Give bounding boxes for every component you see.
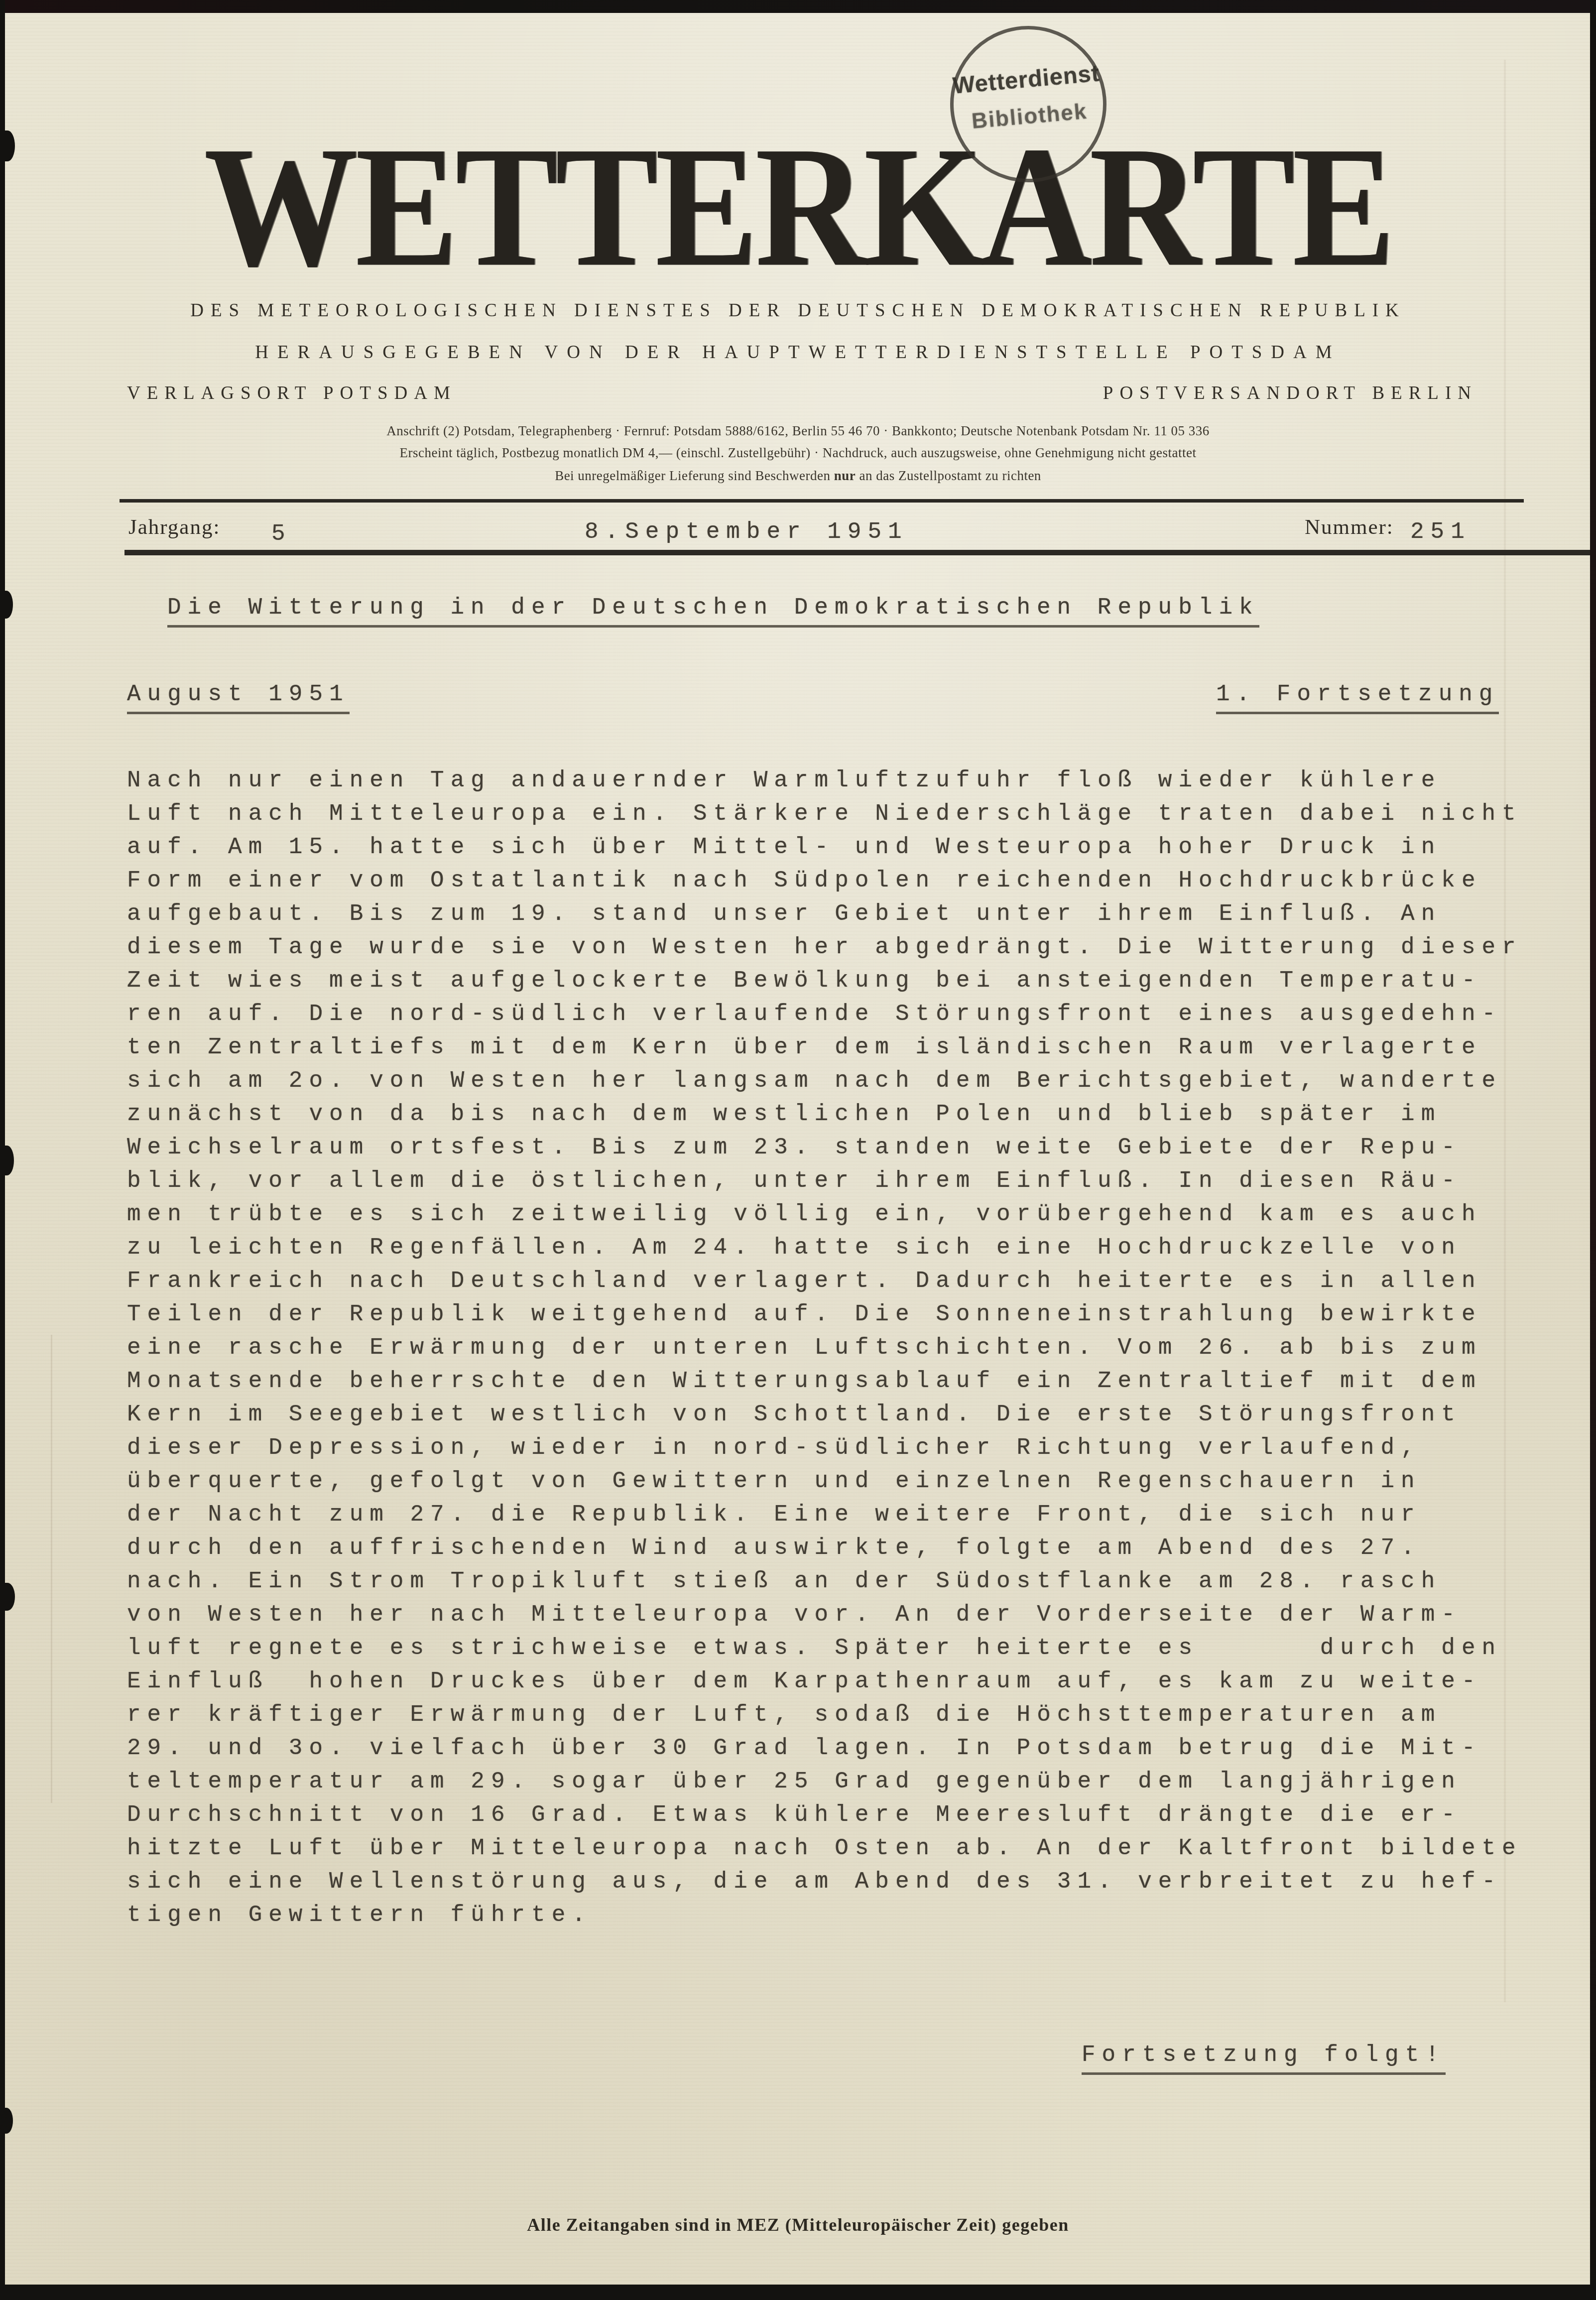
stamp-line-2: Bibliothek bbox=[954, 98, 1105, 135]
scan-edge-blob bbox=[0, 130, 15, 161]
article-month: August 1951 bbox=[127, 681, 350, 714]
article-continuation-label: 1. Fortsetzung bbox=[1216, 681, 1499, 714]
imprint-line-3-bold: nur bbox=[834, 468, 856, 483]
nummer-label: Nummer: bbox=[1305, 515, 1394, 539]
footer-note: Alle Zeitangaben sind in MEZ (Mitteleuro… bbox=[0, 2214, 1596, 2235]
article-subheading-left: August 1951 bbox=[127, 681, 350, 714]
article-subheading-right: 1. Fortsetzung bbox=[1216, 681, 1499, 714]
paper-crease bbox=[51, 1335, 52, 1803]
scan-edge-top bbox=[0, 0, 1596, 13]
publisher-right: POSTVERSANDORT BERLIN bbox=[1103, 383, 1477, 404]
horizontal-rule-top bbox=[120, 499, 1524, 503]
article-heading-text: Die Witterung in der Deutschen Demokrati… bbox=[167, 595, 1259, 628]
publisher-left: VERLAGSORT POTSDAM bbox=[127, 383, 457, 404]
nummer-value: 251 bbox=[1410, 519, 1471, 545]
jahrgang-value: 5 bbox=[271, 521, 292, 547]
imprint-line-3: Bei unregelmäßiger Lieferung sind Beschw… bbox=[0, 468, 1596, 484]
horizontal-rule-issue bbox=[124, 550, 1593, 555]
imprint-line-2: Erscheint täglich, Postbezug monatlich D… bbox=[0, 445, 1596, 461]
scan-edge-blob bbox=[0, 591, 13, 619]
scan-edge-blob bbox=[0, 1146, 14, 1175]
page-title: WETTERKARTE bbox=[0, 121, 1596, 294]
stamp-line-1: Wetterdienst bbox=[951, 59, 1102, 99]
scan-edge-right bbox=[1590, 0, 1596, 2300]
issue-date: 8.September 1951 bbox=[585, 519, 908, 545]
imprint-line-1: Anschrift (2) Potsdam, Telegraphenberg ·… bbox=[0, 423, 1596, 439]
masthead-subtitle-2: HERAUSGEGEBEN VON DER HAUPTWETTERDIENSTS… bbox=[0, 342, 1596, 363]
scanned-document: Wetterdienst Bibliothek WETTERKARTE DES … bbox=[0, 0, 1596, 2300]
scan-edge-blob bbox=[0, 2108, 13, 2134]
scan-edge-blob bbox=[0, 1583, 15, 1611]
imprint-line-3-suffix: an das Zustellpostamt zu richten bbox=[856, 468, 1041, 483]
scan-edge-bottom bbox=[0, 2285, 1596, 2300]
article-closing-text: Fortsetzung folgt! bbox=[1082, 2042, 1446, 2075]
jahrgang-label: Jahrgang: bbox=[128, 515, 220, 539]
article-heading: Die Witterung in der Deutschen Demokrati… bbox=[167, 595, 1259, 628]
masthead-subtitle-1: DES METEOROLOGISCHEN DIENSTES DER DEUTSC… bbox=[0, 300, 1596, 321]
imprint-line-3-prefix: Bei unregelmäßiger Lieferung sind Beschw… bbox=[555, 468, 834, 483]
article-closing: Fortsetzung folgt! bbox=[1082, 2042, 1446, 2075]
article-body: Nach nur einen Tag andauernder Warmluftz… bbox=[127, 764, 1522, 1932]
